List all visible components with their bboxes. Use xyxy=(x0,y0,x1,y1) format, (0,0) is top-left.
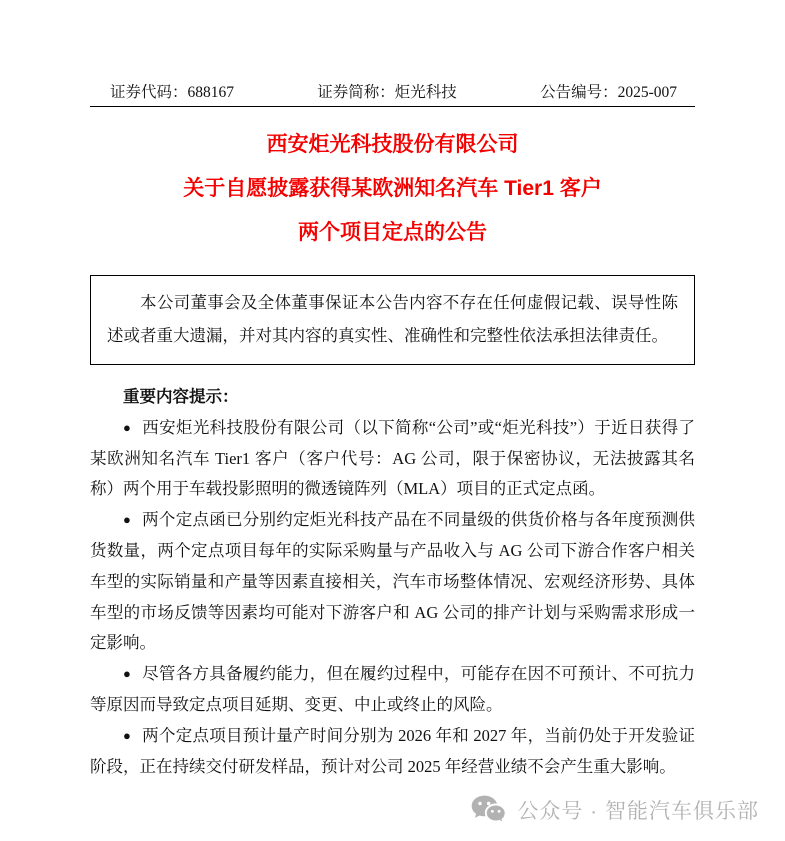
notice-bullet-4-text: 两个定点项目预计量产时间分别为 2026 年和 2027 年，当前仍处于开发验证… xyxy=(90,726,695,776)
bullet-icon: ● xyxy=(123,666,131,681)
announcement-number: 公告编号：2025-007 xyxy=(540,84,677,101)
securities-header: 证券代码：688167 证券简称：炬光科技 公告编号：2025-007 xyxy=(90,0,695,101)
notice-bullet-4: ●两个定点项目预计量产时间分别为 2026 年和 2027 年，当前仍处于开发验… xyxy=(90,721,695,783)
announcement-document: 证券代码：688167 证券简称：炬光科技 公告编号：2025-007 西安炬光… xyxy=(0,0,785,841)
notice-bullet-2-text: 两个定点函已分别约定炬光科技产品在不同量级的供货价格与各年度预测供货数量，两个定… xyxy=(90,510,695,652)
notice-bullet-1: ●西安炬光科技股份有限公司（以下简称“公司”或“炬光科技”）于近日获得了某欧洲知… xyxy=(90,413,695,505)
bullet-icon: ● xyxy=(123,728,131,743)
important-notice-heading: 重要内容提示： xyxy=(90,382,695,413)
notice-bullet-3-text: 尽管各方具备履约能力，但在履约过程中，可能存在因不可预计、不可抗力等原因而导致定… xyxy=(90,664,695,714)
board-statement-box: 本公司董事会及全体董事保证本公告内容不存在任何虚假记载、误导性陈述或者重大遗漏，… xyxy=(90,275,695,365)
header-divider xyxy=(90,106,695,107)
title-line-3: 两个项目定点的公告 xyxy=(90,211,695,255)
stock-code: 证券代码：688167 xyxy=(110,84,234,101)
stock-name: 证券简称：炬光科技 xyxy=(317,84,457,101)
bullet-icon: ● xyxy=(123,420,131,435)
bullet-icon: ● xyxy=(123,512,131,527)
document-title: 西安炬光科技股份有限公司 关于自愿披露获得某欧洲知名汽车 Tier1 客户 两个… xyxy=(90,123,695,255)
watermark-text: 公众号 · 智能汽车俱乐部 xyxy=(517,795,759,825)
board-statement-text: 本公司董事会及全体董事保证本公告内容不存在任何虚假记载、误导性陈述或者重大遗漏，… xyxy=(107,293,678,345)
notice-bullet-2: ●两个定点函已分别约定炬光科技产品在不同量级的供货价格与各年度预测供货数量，两个… xyxy=(90,505,695,659)
notice-bullet-3: ●尽管各方具备履约能力，但在履约过程中，可能存在因不可预计、不可抗力等原因而导致… xyxy=(90,659,695,721)
title-line-1: 西安炬光科技股份有限公司 xyxy=(90,123,695,167)
wechat-icon xyxy=(471,795,507,825)
notice-bullet-1-text: 西安炬光科技股份有限公司（以下简称“公司”或“炬光科技”）于近日获得了某欧洲知名… xyxy=(90,418,695,499)
title-line-2: 关于自愿披露获得某欧洲知名汽车 Tier1 客户 xyxy=(90,167,695,211)
wechat-watermark: 公众号 · 智能汽车俱乐部 xyxy=(471,795,759,825)
